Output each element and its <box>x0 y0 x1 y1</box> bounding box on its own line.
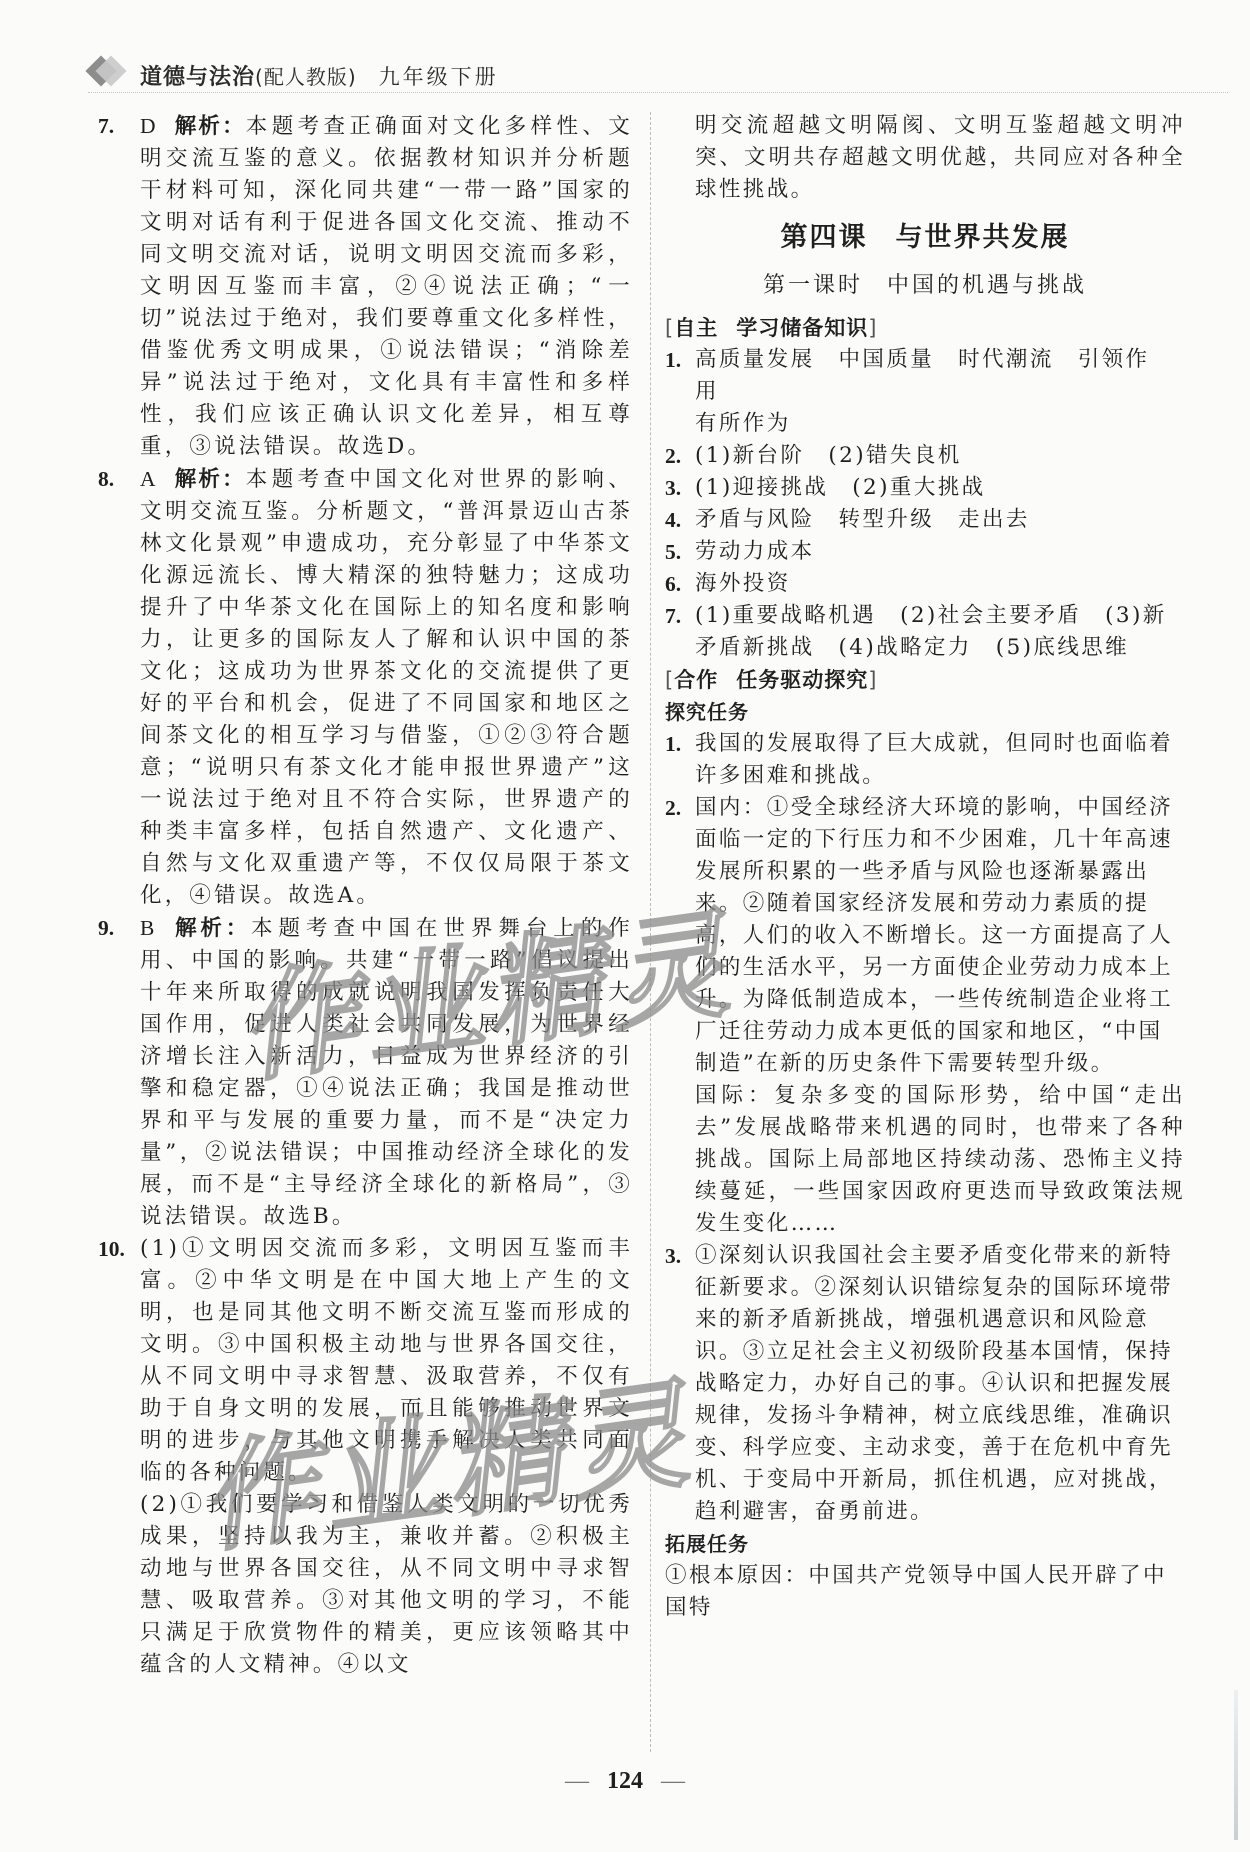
subject-name: 道德与法治 <box>140 65 255 90</box>
page-header: 道德与法治(配人教版)九年级下册 <box>88 30 1188 96</box>
answer-term: 走出去 <box>958 507 1030 532</box>
knowledge-item-4: 4.矛盾与风险转型升级走出去 <box>665 504 1185 536</box>
item-number: 10. <box>98 1233 125 1265</box>
footer-dash: — <box>565 1768 589 1794</box>
answer-term: (4)战略定力 <box>839 635 972 660</box>
analysis-text: 本题考查正确面对文化多样性、文明交流互鉴的意义。依据教材知识并分析题干材料可知，… <box>140 114 633 459</box>
knowledge-item-7: 7.(1)重要战略机遇(2)社会主要矛盾(3)新矛盾新挑战(4)战略定力(5)底… <box>665 600 1185 664</box>
bracket-close: ] <box>868 668 877 692</box>
item-number: 7. <box>665 600 681 632</box>
part-text: ①我们要学习和借鉴人类文明的一切优秀成果，坚持以我为主，兼收并蓄。②积极主动地与… <box>140 1492 633 1677</box>
item-number: 9. <box>98 912 114 944</box>
lesson-name: 与世界共发展 <box>896 222 1070 253</box>
period-number: 第一课时 <box>763 273 863 298</box>
answer-term: (5)底线思维 <box>996 635 1129 660</box>
knowledge-item-1: 1.高质量发展中国质量时代潮流引领作用有所作为 <box>665 344 1185 440</box>
answer-term: 有所作为 <box>695 411 791 436</box>
analysis-text: 本题考查中国文化对世界的影响、文明交流互鉴。分析题文，“普洱景迈山古茶林文化景观… <box>140 467 633 908</box>
item-number: 1. <box>665 344 681 376</box>
answer-item-10-part1: 10.(1)①文明因交流而多彩，文明因互鉴而丰富。②中华文明是在中国大地上产生的… <box>98 1233 633 1489</box>
analysis-label: 解析： <box>172 916 251 941</box>
grade-label: 九年级下册 <box>379 65 499 89</box>
explore-item-2: 2.国内：①受全球经济大环境的影响，中国经济面临一定的下行压力和不少困难，几十年… <box>665 792 1185 1080</box>
explore-text: 国内：①受全球经济大环境的影响，中国经济面临一定的下行压力和不少困难，几十年高速… <box>695 795 1173 1076</box>
answer-item-10-part2: (2)①我们要学习和借鉴人类文明的一切优秀成果，坚持以我为主，兼收并蓄。②积极主… <box>98 1489 633 1681</box>
answer-choice: B <box>140 916 154 940</box>
lesson-title: 第四课与世界共发展 <box>665 216 1185 260</box>
analysis-text: 本题考查中国在世界舞台上的作用、中国的影响。共建“一带一路”倡议提出十年来所取得… <box>140 916 633 1229</box>
analysis-label: 解析： <box>174 114 246 139</box>
answer-term: 中国质量 <box>839 347 935 372</box>
item-number: 4. <box>665 504 681 536</box>
item-number: 8. <box>98 463 114 495</box>
answer-term: 转型升级 <box>839 507 935 532</box>
left-column: 7.D解析：本题考查正确面对文化多样性、文明交流互鉴的意义。依据教材知识并分析题… <box>98 110 633 1681</box>
period-title: 第一课时中国的机遇与挑战 <box>665 266 1185 306</box>
answer-choice: A <box>140 467 156 491</box>
answer-term: 高质量发展 <box>695 347 815 372</box>
explore-text: ①深刻认识我国社会主要矛盾变化带来的新特征新要求。②深刻认识错综复杂的国际环境带… <box>695 1243 1173 1524</box>
answer-term: (1)迎接挑战 <box>695 475 828 500</box>
diamond-logo-icon <box>88 54 122 88</box>
section-name: 学习储备知识 <box>736 316 868 340</box>
part-label: (1) <box>140 1236 180 1261</box>
item-number: 6. <box>665 568 681 600</box>
footer-dash: — <box>661 1768 685 1794</box>
section-tag: 自主 <box>674 316 718 340</box>
continued-text: 明交流超越文明隔阂、文明互鉴超越文明冲突、文明共存超越文明优越，共同应对各种全球… <box>665 110 1185 206</box>
lesson-number: 第四课 <box>781 222 868 253</box>
answer-item-9: 9.B解析：本题考查中国在世界舞台上的作用、中国的影响。共建“一带一路”倡议提出… <box>98 912 633 1233</box>
explore-task-heading: 探究任务 <box>665 696 1185 728</box>
knowledge-item-2: 2.(1)新台阶(2)错失良机 <box>665 440 1185 472</box>
knowledge-item-6: 6.海外投资 <box>665 568 1185 600</box>
right-column: 明交流超越文明隔阂、文明互鉴超越文明冲突、文明共存超越文明优越，共同应对各种全球… <box>665 110 1185 1624</box>
item-number: 1. <box>665 728 681 760</box>
page-number: 124 <box>607 1768 643 1794</box>
book-title: 道德与法治(配人教版)九年级下册 <box>140 60 499 91</box>
answer-item-7: 7.D解析：本题考查正确面对文化多样性、文明交流互鉴的意义。依据教材知识并分析题… <box>98 110 633 463</box>
section-tag: 合作 <box>674 668 718 692</box>
explore-item-2-international: 国际：复杂多变的国际形势，给中国“走出去”发展战略带来机遇的同时，也带来了各种挑… <box>665 1080 1185 1240</box>
item-number: 3. <box>665 1240 681 1272</box>
item-number: 7. <box>98 110 114 142</box>
bracket-open: [ <box>665 668 674 692</box>
extend-text: ①根本原因：中国共产党领导中国人民开辟了中国特 <box>665 1560 1185 1624</box>
answer-term: (2)社会主要矛盾 <box>900 603 1081 628</box>
explore-item-1: 1.我国的发展取得了巨大成就，但同时也面临着许多困难和挑战。 <box>665 728 1185 792</box>
answer-term: 矛盾与风险 <box>695 507 815 532</box>
item-number: 2. <box>665 792 681 824</box>
column-divider <box>650 112 651 1752</box>
answer-term: (2)错失良机 <box>828 443 961 468</box>
explore-item-3: 3.①深刻认识我国社会主要矛盾变化带来的新特征新要求。②深刻认识错综复杂的国际环… <box>665 1240 1185 1528</box>
knowledge-item-5: 5.劳动力成本 <box>665 536 1185 568</box>
answer-term: 时代潮流 <box>958 347 1054 372</box>
section-cooperation: [合作任务驱动探究] <box>665 664 1185 696</box>
part-label: (2) <box>140 1492 180 1517</box>
part-text: ①文明因交流而多彩，文明因互鉴而丰富。②中华文明是在中国大地上产生的文明，也是同… <box>140 1236 633 1485</box>
header-divider <box>88 92 1228 93</box>
page-edge-shadow <box>1234 1690 1238 1840</box>
section-name: 任务驱动探究 <box>736 668 868 692</box>
item-number: 2. <box>665 440 681 472</box>
edition-label: (配人教版) <box>255 65 357 89</box>
answer-term: 劳动力成本 <box>695 539 815 564</box>
answer-choice: D <box>140 114 156 138</box>
analysis-label: 解析： <box>174 467 246 492</box>
item-number: 3. <box>665 472 681 504</box>
item-number: 5. <box>665 536 681 568</box>
bracket-close: ] <box>868 316 877 340</box>
answer-term: (2)重大挑战 <box>852 475 985 500</box>
bracket-open: [ <box>665 316 674 340</box>
period-name: 中国的机遇与挑战 <box>887 273 1087 298</box>
extend-task-heading: 拓展任务 <box>665 1528 1185 1560</box>
section-self-study: [自主学习储备知识] <box>665 312 1185 344</box>
knowledge-item-3: 3.(1)迎接挑战(2)重大挑战 <box>665 472 1185 504</box>
answer-item-8: 8.A解析：本题考查中国文化对世界的影响、文明交流互鉴。分析题文，“普洱景迈山古… <box>98 463 633 912</box>
answer-term: 海外投资 <box>695 571 791 596</box>
page-footer: —124— <box>0 1768 1250 1795</box>
answer-term: (1)重要战略机遇 <box>695 603 876 628</box>
explore-text: 我国的发展取得了巨大成就，但同时也面临着许多困难和挑战。 <box>695 731 1173 788</box>
answer-term: (1)新台阶 <box>695 443 804 468</box>
